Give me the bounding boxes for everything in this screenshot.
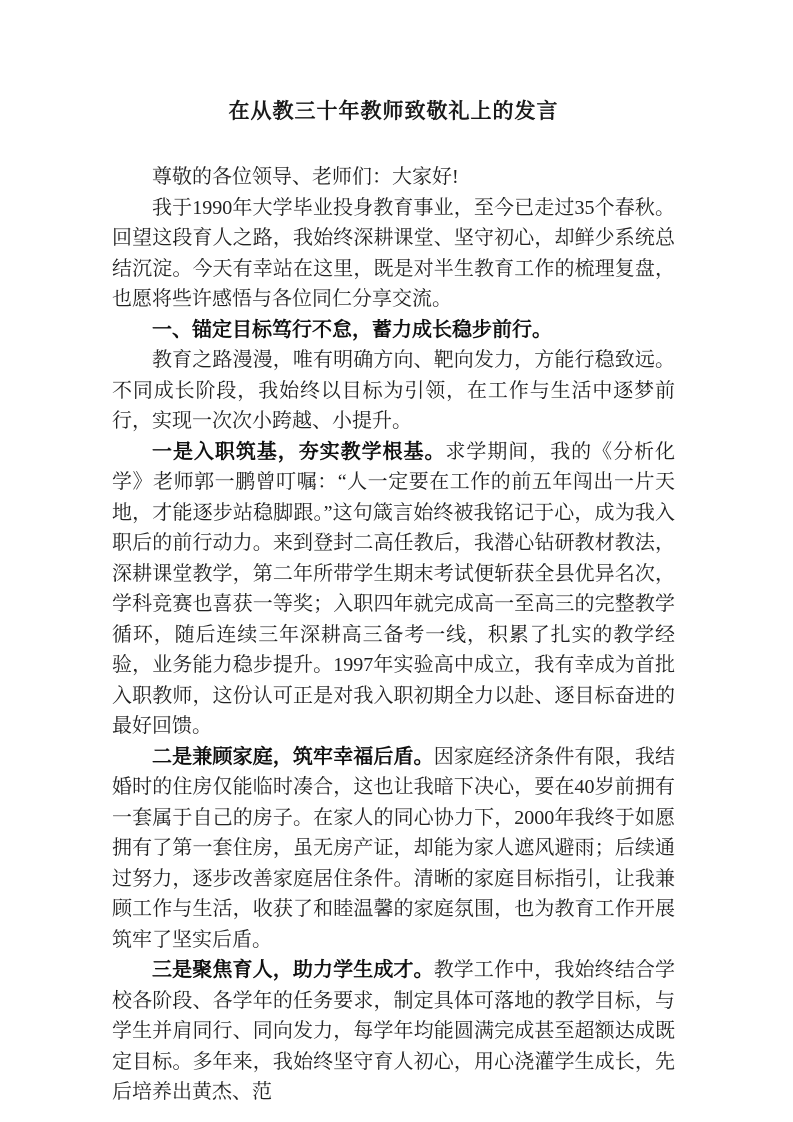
paragraph-intro: 我于1990年大学毕业投身教育事业，至今已走过35个春秋。回望这段育人之路，我始…	[112, 193, 675, 315]
document-page: 在从教三十年教师致敬礼上的发言 尊敬的各位领导、老师们：大家好! 我于1990年…	[0, 0, 793, 1122]
paragraph-point-1: 一是入职筑基，夯实教学根基。求学期间，我的《分析化学》老师郭一鹏曾叮嘱：“人一定…	[112, 437, 675, 742]
section-1-intro: 教育之路漫漫，唯有明确方向、靶向发力，方能行稳致远。不同成长阶段，我始终以目标为…	[112, 345, 675, 437]
document-title: 在从教三十年教师致敬礼上的发言	[112, 96, 675, 126]
section-1-heading: 一、锚定目标笃行不怠，蓄力成长稳步前行。	[112, 315, 675, 346]
point-2-lead: 二是兼顾家庭，筑牢幸福后盾。	[152, 746, 434, 768]
point-3-lead: 三是聚焦育人，助力学生成才。	[152, 959, 434, 981]
paragraph-point-2: 二是兼顾家庭，筑牢幸福后盾。因家庭经济条件有限，我结婚时的住房仅能临时凑合，这也…	[112, 742, 675, 956]
point-1-body: 求学期间，我的《分析化学》老师郭一鹏曾叮嘱：“人一定要在工作的前五年闯出一片天地…	[112, 441, 675, 738]
paragraph-salutation: 尊敬的各位领导、老师们：大家好!	[112, 162, 675, 193]
paragraph-point-3: 三是聚焦育人，助力学生成才。教学工作中，我始终结合学校各阶段、各学年的任务要求，…	[112, 955, 675, 1108]
point-2-body: 因家庭经济条件有限，我结婚时的住房仅能临时凑合，这也让我暗下决心，要在40岁前拥…	[112, 746, 675, 951]
point-1-lead: 一是入职筑基，夯实教学根基。	[152, 441, 445, 463]
